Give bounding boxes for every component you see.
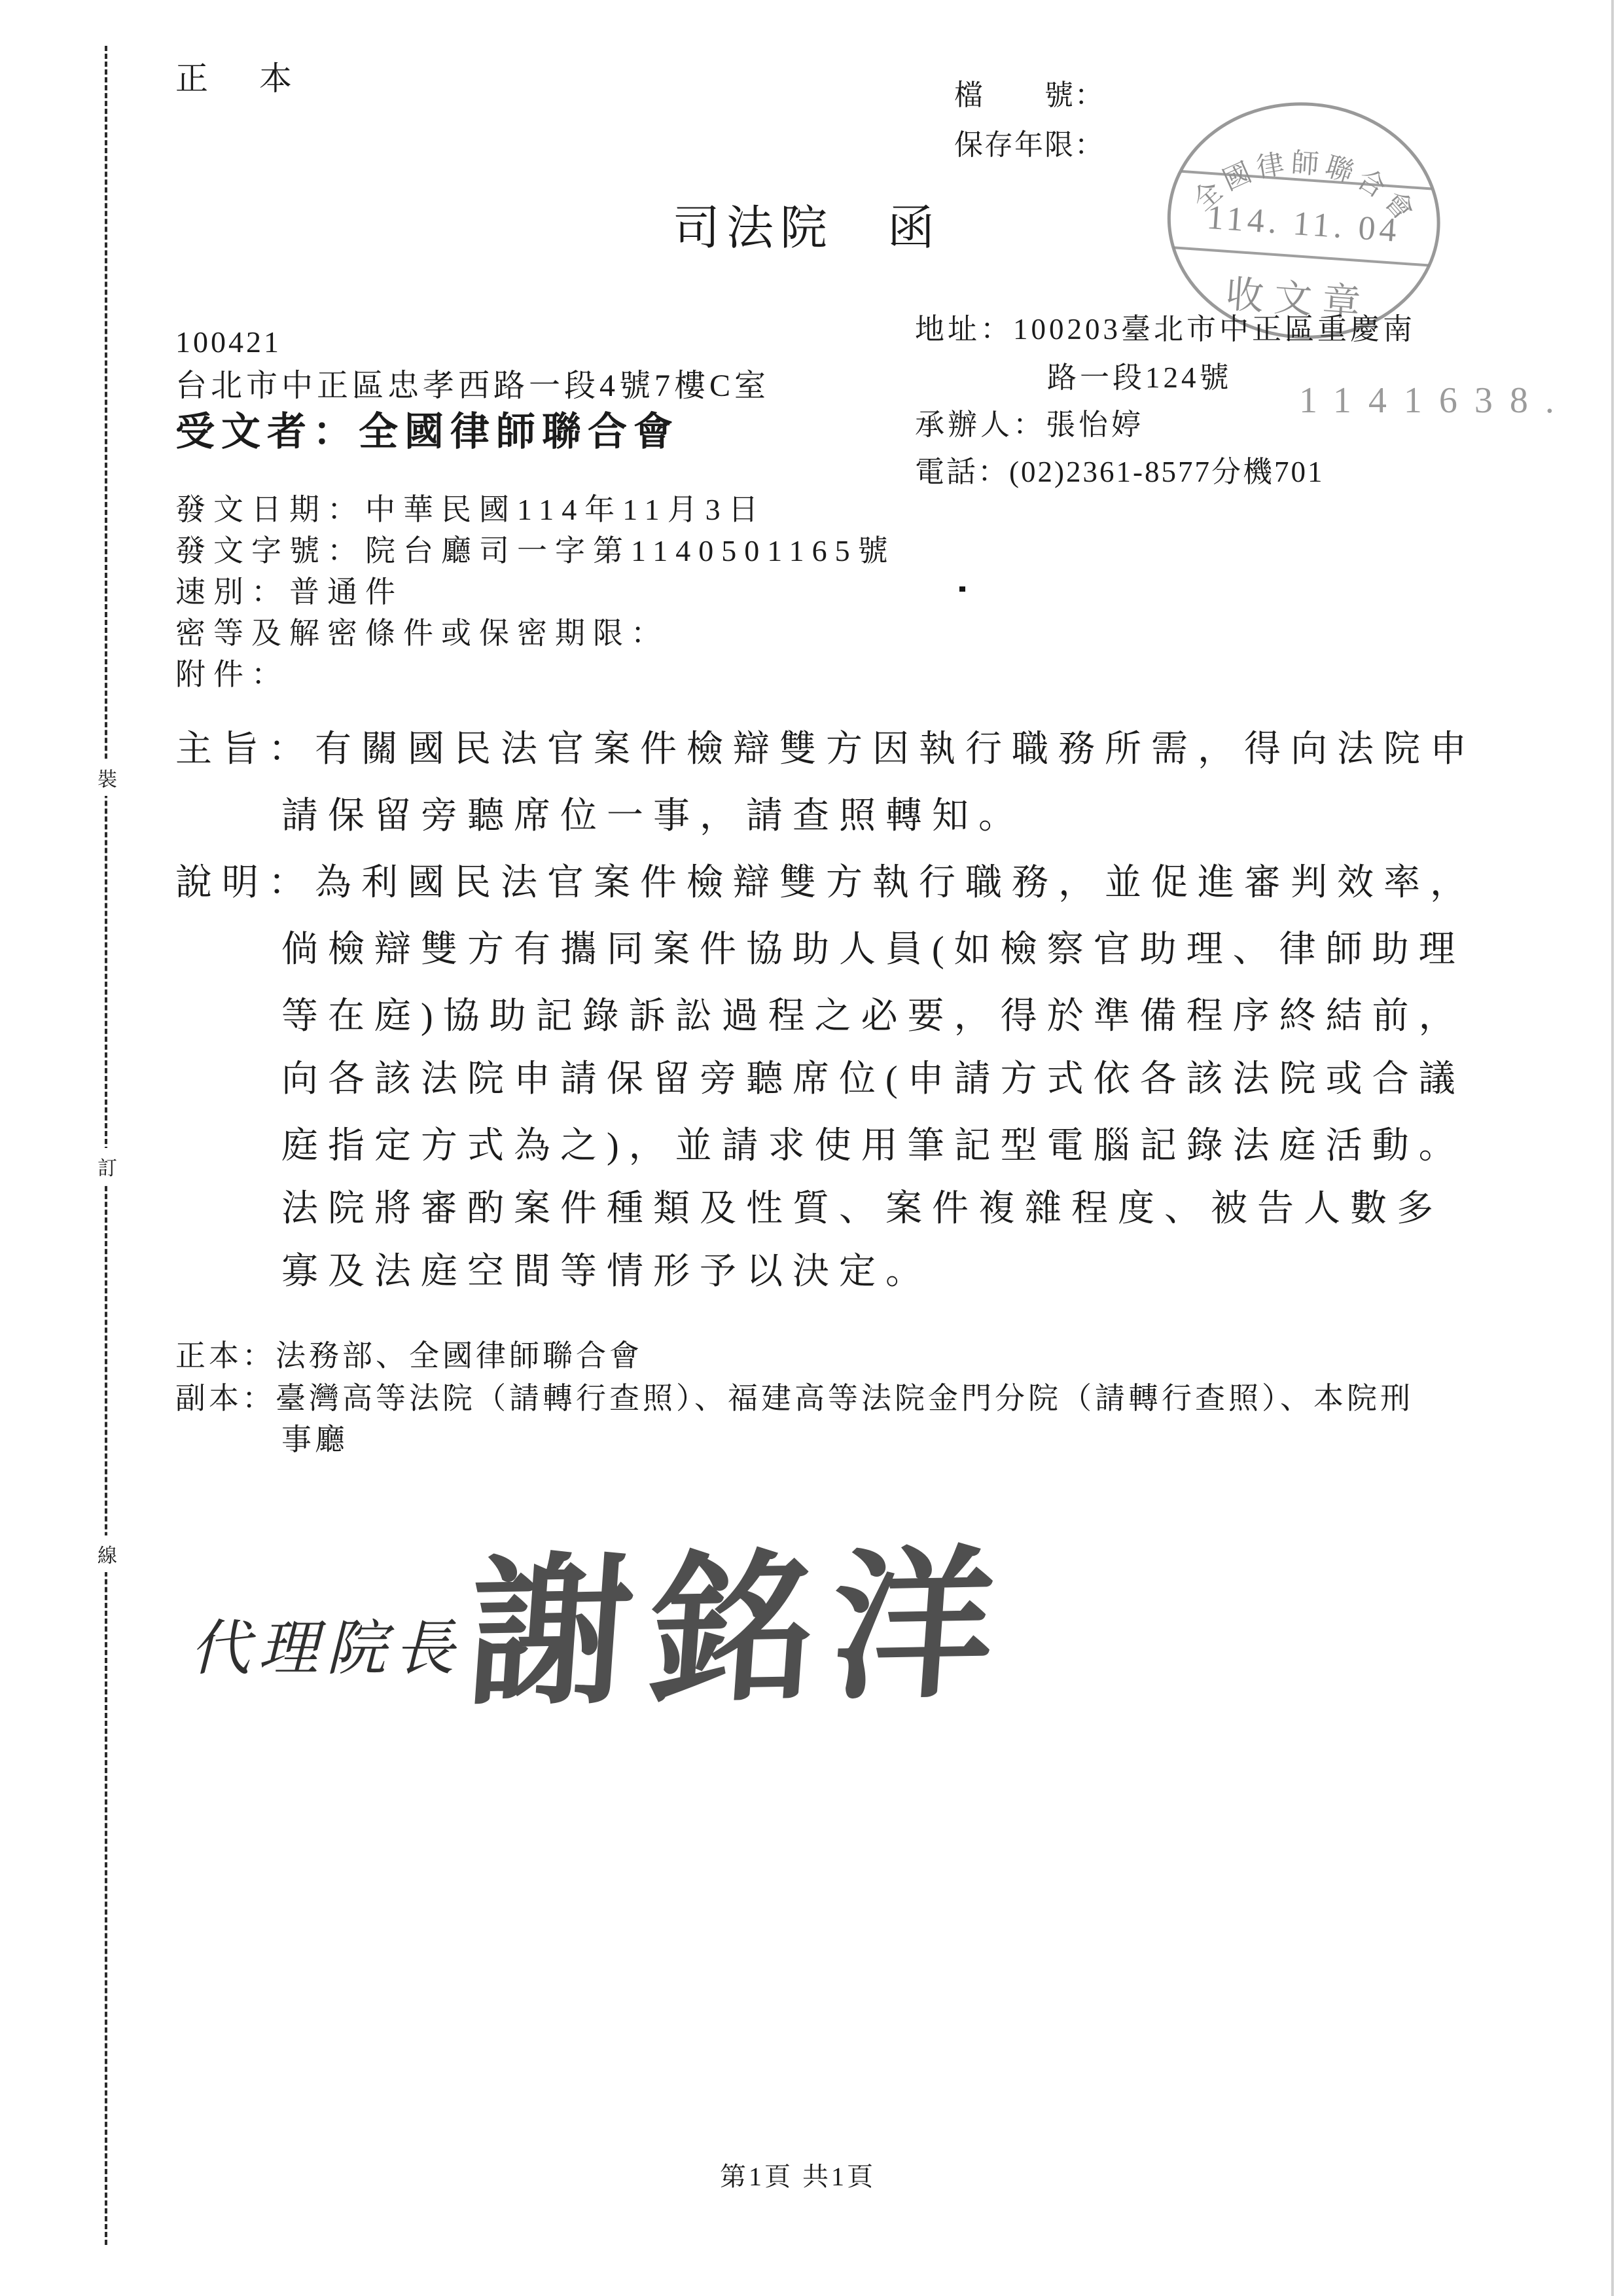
page-title: 司法院 函 bbox=[673, 190, 941, 258]
explanation-line-2: 倘檢辯雙方有攜同案件協助人員(如檢察官助理、律師助理 bbox=[281, 920, 1465, 973]
binding-mark-zhuang: 裝 bbox=[96, 759, 119, 796]
sender-address-line1: 地址：100203臺北市中正區重慶南 bbox=[915, 305, 1416, 348]
issue-date-line: 發文日期：中華民國114年11月3日 bbox=[175, 486, 766, 529]
received-number-stamp: 1141638. bbox=[1299, 380, 1571, 422]
binding-mark-ding: 訂 bbox=[96, 1148, 119, 1185]
scan-speck bbox=[959, 586, 965, 592]
scan-edge-line bbox=[1611, 0, 1614, 2296]
file-number-label: 檔 號： bbox=[954, 79, 1105, 111]
binding-dashed-line bbox=[105, 46, 107, 2245]
subject-line-1: 主旨：有關國民法官案件檢辯雙方因執行職務所需，得向法院申 bbox=[175, 720, 1476, 772]
explanation-text-1: 為利國民法官案件檢辯雙方執行職務，並促進審判效率， bbox=[315, 863, 1476, 903]
subject-text-1: 有關國民法官案件檢辯雙方因執行職務所需，得向法院申 bbox=[315, 729, 1476, 770]
recipient-postal-code: 100421 bbox=[175, 325, 281, 359]
recipient-address: 台北市中正區忠孝西路一段4號7樓C室 bbox=[175, 360, 770, 405]
binding-mark-xian: 線 bbox=[96, 1535, 119, 1572]
file-number-block: 檔 號：保存年限： bbox=[954, 71, 1105, 170]
stamp-band-bottom bbox=[1173, 247, 1429, 265]
copy-type-label: 正 本 bbox=[175, 52, 301, 99]
explanation-line-6: 法院將審酌案件種類及性質、案件複雜程度、被告人數多 bbox=[281, 1179, 1443, 1232]
explanation-line-5: 庭指定方式為之)，並請求使用筆記型電腦記錄法庭活動。 bbox=[281, 1117, 1465, 1169]
original-recipients-line: 正本：法務部、全國律師聯合會 bbox=[175, 1332, 643, 1375]
explanation-line-1: 說明：為利國民法官案件檢辯雙方執行職務，並促進審判效率， bbox=[175, 853, 1476, 906]
attachment-line: 附件： bbox=[175, 651, 289, 694]
page-number-footer: 第1頁 共1頁 bbox=[720, 2156, 876, 2193]
explanation-line-4: 向各該法院申請保留旁聽席位(申請方式依各該法院或合議 bbox=[281, 1050, 1465, 1102]
copy-recipients-line-1: 副本：臺灣高等法院（請轉行查照）、福建高等法院金門分院（請轉行查照）、本院刑 bbox=[175, 1374, 1414, 1418]
sender-phone: 電話：(02)2361-8577分機701 bbox=[915, 448, 1324, 490]
explanation-label: 說明： bbox=[175, 863, 315, 903]
explanation-line-3: 等在庭)協助記錄訴訟過程之必要，得於準備程序終結前， bbox=[281, 987, 1465, 1039]
explanation-line-7: 寡及法庭空間等情形予以決定。 bbox=[281, 1242, 932, 1295]
issue-number-line: 發文字號：院台廳司一字第1140501165號 bbox=[175, 527, 896, 570]
recipient-line: 受文者：全國律師聯合會 bbox=[175, 401, 679, 457]
signer-name-signature: 謝銘洋 bbox=[463, 1494, 1022, 1736]
subject-line-2: 請保留旁聽席位一事，請查照轉知。 bbox=[281, 787, 1025, 839]
sender-address-line2: 路一段124號 bbox=[1047, 353, 1232, 396]
speed-class-line: 速別：普通件 bbox=[175, 568, 403, 611]
security-class-line: 密等及解密條件或保密期限： bbox=[175, 609, 669, 653]
sender-officer: 承辦人：張怡婷 bbox=[915, 401, 1144, 443]
retention-label: 保存年限： bbox=[954, 129, 1105, 161]
official-letter-page: 裝 訂 線 正 本 檔 號：保存年限： 全國律師聯合會 114. 11. 04 … bbox=[0, 0, 1623, 2296]
stamp-date-text: 114. 11. 04 bbox=[1205, 199, 1401, 250]
copy-recipients-line-2: 事廳 bbox=[281, 1416, 348, 1459]
subject-label: 主旨： bbox=[175, 729, 315, 770]
signer-title: 代理院長 bbox=[186, 1600, 480, 1687]
